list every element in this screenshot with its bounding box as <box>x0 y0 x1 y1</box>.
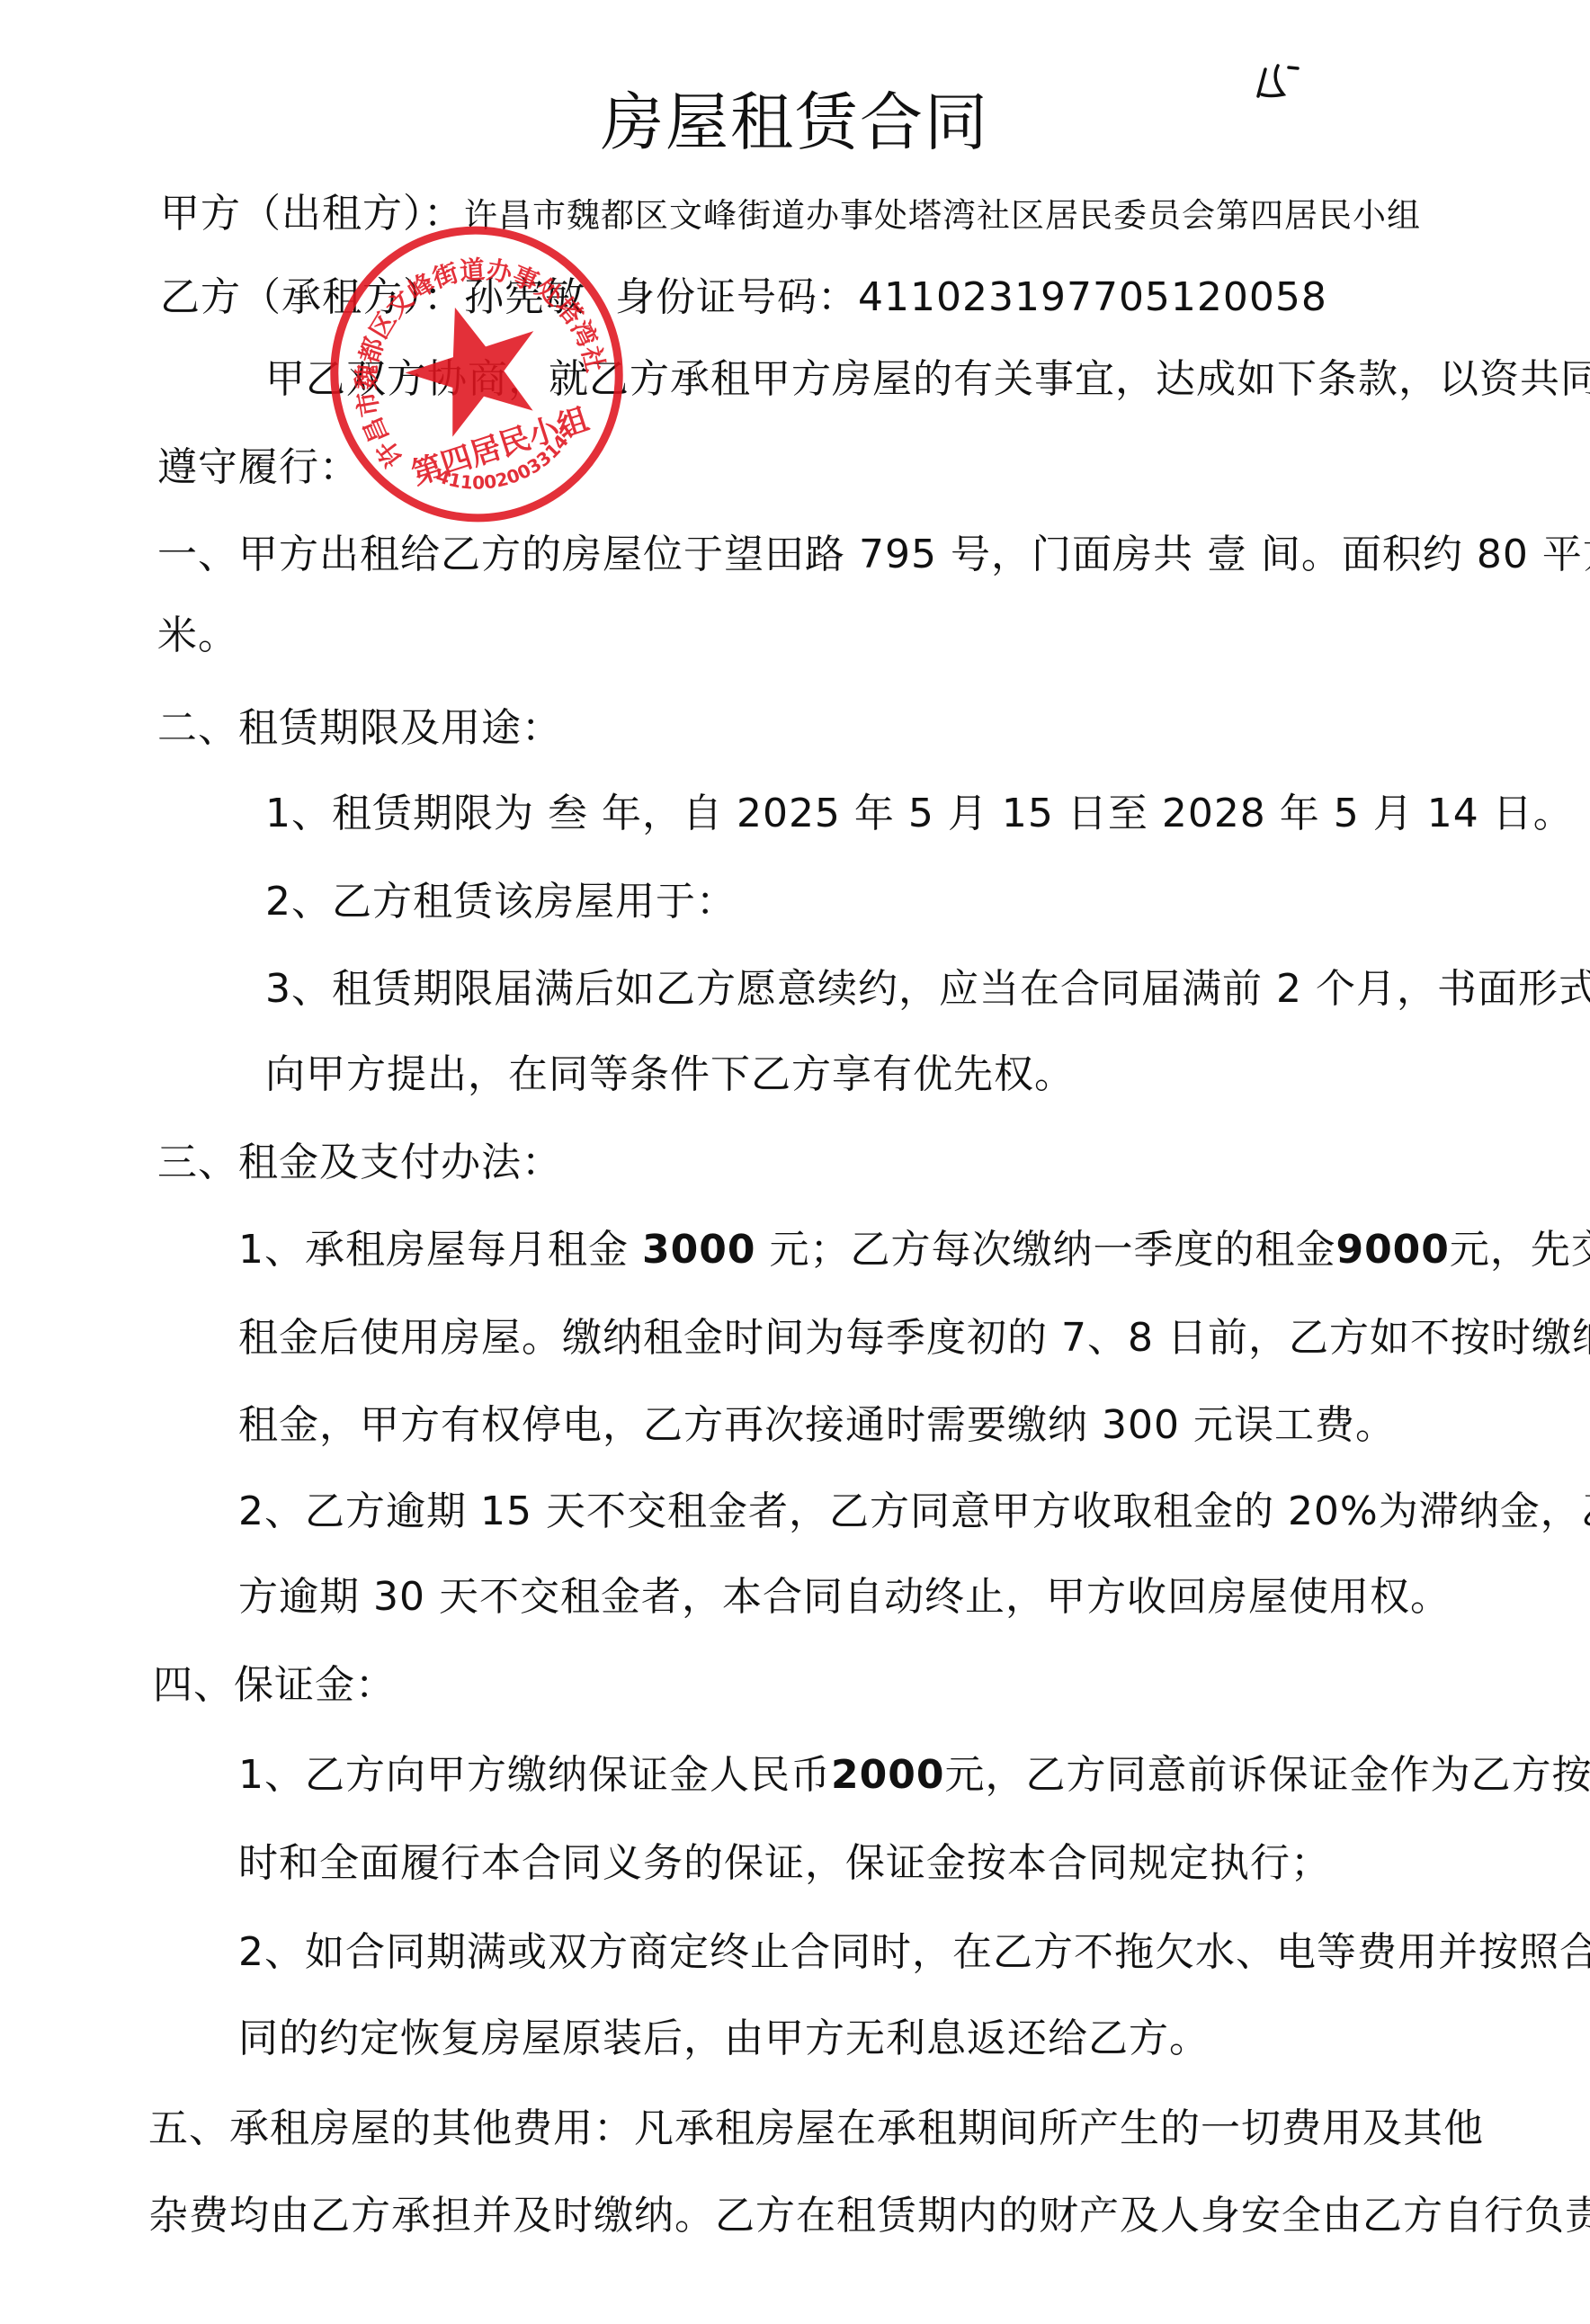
section-4-item-1-line-1: 1、乙方向甲方缴纳保证金人民币2000元，乙方同意前诉保证金作为乙方按 <box>238 1748 1590 1802</box>
party-b-id-label: 身份证号码： <box>615 274 858 320</box>
section-2-item-3-line-1: 3、租赁期限届满后如乙方愿意续约，应当在合同届满前 2 个月，书面形式 <box>265 962 1590 1016</box>
monthly-rent-value: 3000 <box>642 1227 755 1273</box>
section-2-item-1: 1、租赁期限为 叁 年，自 2025 年 5 月 15 日至 2028 年 5 … <box>265 787 1574 841</box>
text-segment: 元；乙方每次缴纳一季度的租金 <box>755 1227 1335 1273</box>
party-a-name: 许昌市魏都区文峰街道办事处塔湾社区居民委员会第四居民小组 <box>464 196 1421 235</box>
seal-code: 4110020033147 <box>427 417 589 511</box>
section-4-heading: 四、保证金： <box>153 1658 396 1712</box>
section-4-item-1-line-2: 时和全面履行本合同义务的保证，保证金按本合同规定执行； <box>238 1837 1331 1890</box>
text-segment: 元，先交 <box>1450 1227 1590 1273</box>
preamble-line-1: 甲乙双方协商，就乙方承租甲方房屋的有关事宜，达成如下条款，以资共同 <box>265 353 1590 407</box>
text-segment: 1、承租房屋每月租金 <box>238 1227 642 1273</box>
preamble-line-2: 遵守履行： <box>157 441 360 495</box>
section-5-continuation: 杂费均由乙方承担并及时缴纳。乙方在租赁期内的财产及人身安全由乙方自行负责， <box>148 2189 1590 2243</box>
section-4-item-2-line-2: 同的约定恢复房屋原装后，由甲方无利息返还给乙方。 <box>238 2012 1210 2066</box>
section-3-item-1-line-1: 1、承租房屋每月租金 3000 元；乙方每次缴纳一季度的租金9000元，先交 <box>238 1223 1590 1277</box>
section-4-item-2-line-1: 2、如合同期满或双方商定终止合同时，在乙方不拖欠水、电等费用并按照合 <box>238 1926 1590 1980</box>
section-2-item-3-line-2: 向甲方提出，在同等条件下乙方享有优先权。 <box>265 1048 1075 1102</box>
document-title: 房屋租赁合同 <box>0 86 1590 158</box>
section-1-continuation: 米。 <box>157 609 238 663</box>
section-2-heading: 二、租赁期限及用途： <box>157 702 562 755</box>
section-2-item-2: 2、乙方租赁该房屋用于： <box>265 875 737 929</box>
section-3-item-2-line-1: 2、乙方逾期 15 天不交租金者，乙方同意甲方收取租金的 20%为滞纳金，乙 <box>238 1485 1590 1539</box>
seal-inner-text: 第四居民小组 <box>407 401 593 492</box>
section-5-heading: 五、承租房屋的其他费用：凡承租房屋在承租期间所产生的一切费用及其他 <box>148 2102 1484 2156</box>
party-b-label: 乙方（承租方）： <box>160 274 464 320</box>
text-segment: 元，乙方同意前诉保证金作为乙方按 <box>944 1752 1590 1798</box>
section-3-item-2-line-2: 方逾期 30 天不交租金者，本合同自动终止，甲方收回房屋使用权。 <box>238 1570 1451 1624</box>
party-b-id-number: 411023197705120058 <box>858 274 1327 320</box>
section-3-heading: 三、租金及支付办法： <box>157 1136 562 1190</box>
quarterly-rent-value: 9000 <box>1335 1227 1449 1273</box>
party-b-line: 乙方（承租方）：孙宪敏 身份证号码：411023197705120058 <box>160 271 1327 325</box>
deposit-value: 2000 <box>831 1752 944 1798</box>
section-3-item-1-line-2: 租金后使用房屋。缴纳租金时间为每季度初的 7、8 日前，乙方如不按时缴纳 <box>238 1311 1590 1365</box>
text-segment: 1、乙方向甲方缴纳保证金人民币 <box>238 1752 831 1798</box>
section-3-item-1-line-3: 租金，甲方有权停电，乙方再次接通时需要缴纳 300 元误工费。 <box>238 1399 1396 1452</box>
party-a-label: 甲方（出租方）： <box>160 191 464 237</box>
section-1-heading: 一、甲方出租给乙方的房屋位于望田路 795 号，门面房共 壹 间。面积约 80 … <box>157 528 1590 582</box>
party-a-line: 甲方（出租方）：许昌市魏都区文峰街道办事处塔湾社区居民委员会第四居民小组 <box>160 187 1421 241</box>
party-b-name: 孙宪敏 <box>464 274 585 320</box>
